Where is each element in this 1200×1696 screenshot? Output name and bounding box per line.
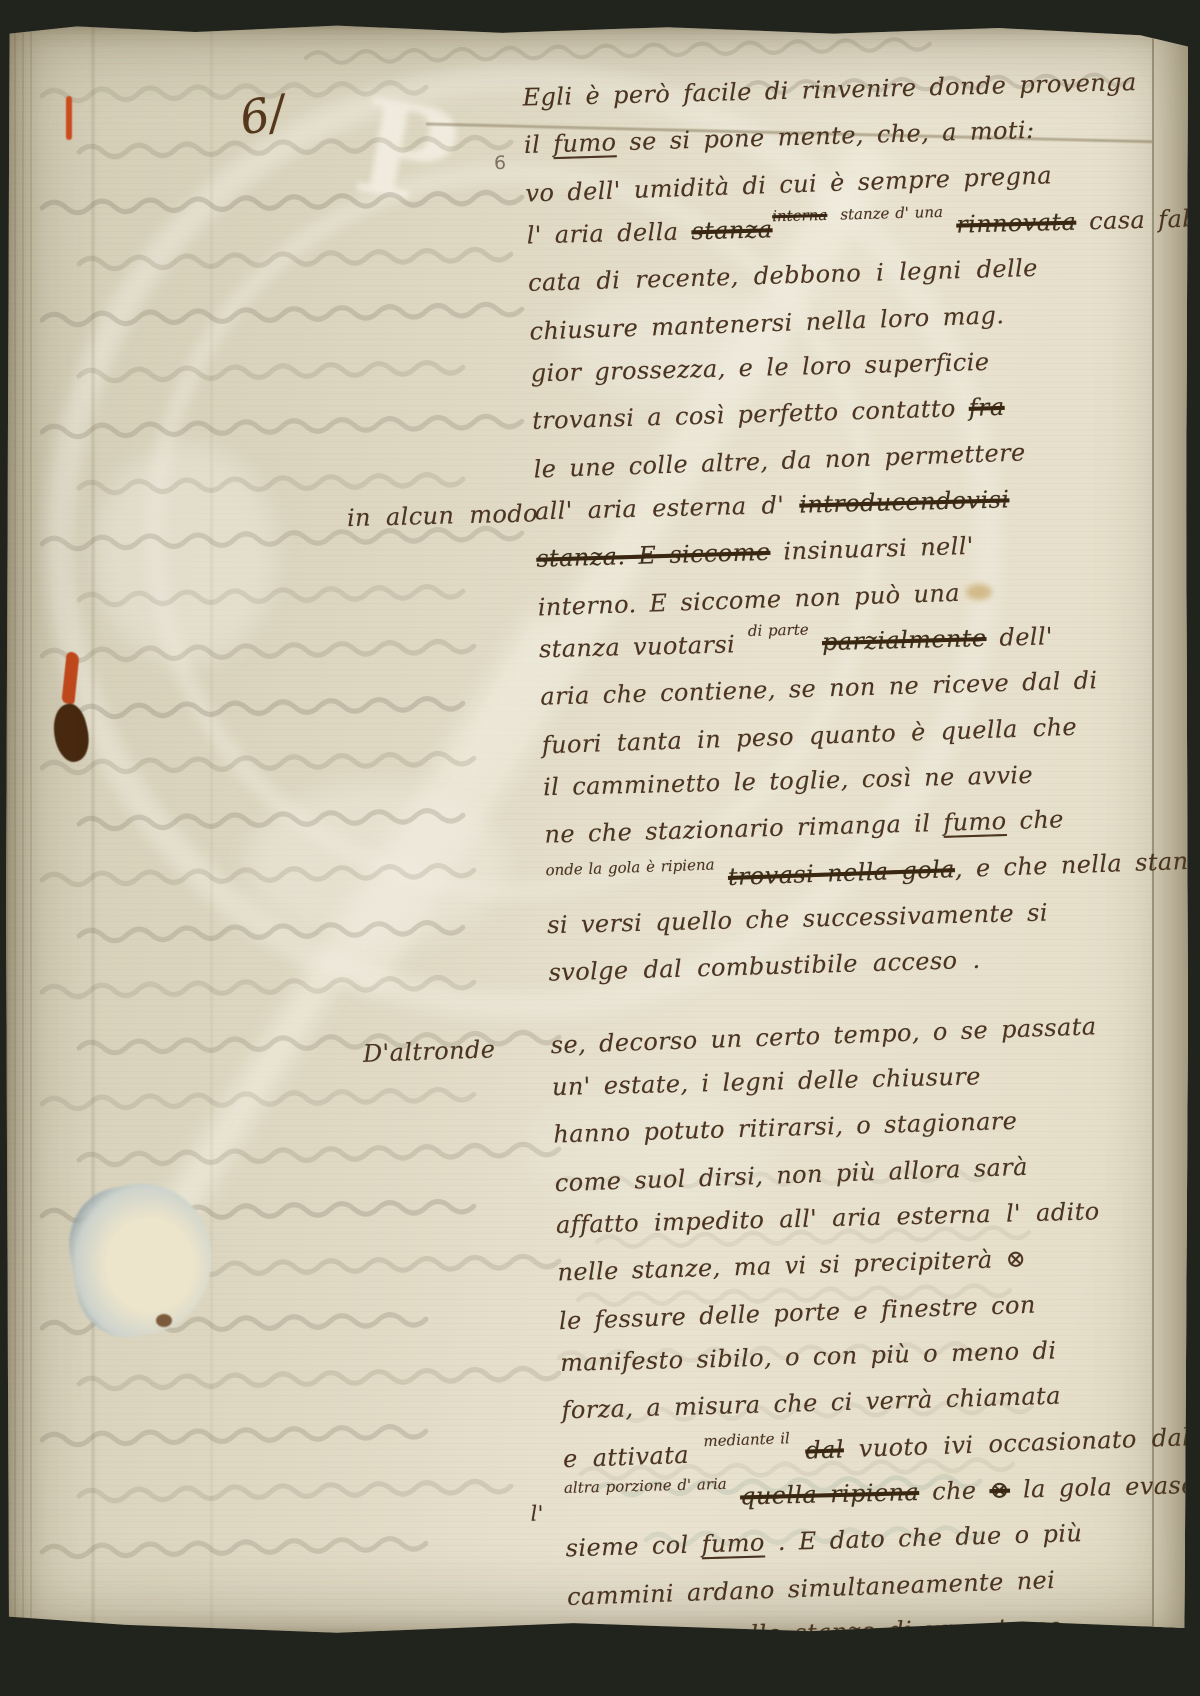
struck-text: quella ripiena: [740, 1478, 920, 1511]
struck-text: ⊗: [989, 1476, 1010, 1505]
handwritten-text: che: [1006, 805, 1064, 835]
scanned-manuscript-photo: { "page": { "folio_mark": "6/", "printed…: [0, 0, 1200, 1696]
handwritten-text: forza, a misura che ci verrà chiamata: [561, 1382, 1061, 1425]
handwritten-text: se si pone mente, che, a moti:: [616, 116, 1035, 156]
margin-annotation: in alcun modo: [346, 490, 538, 541]
interlinear-insertion: mediante il: [703, 1429, 790, 1450]
handwritten-text: vuoto ivi occasionato dal: [843, 1423, 1188, 1463]
handwritten-text: l' aria della: [526, 217, 691, 249]
handwritten-text: il: [524, 130, 554, 159]
handwritten-text: [727, 1482, 741, 1510]
handwritten-text: all' aria esterna d': [535, 491, 800, 526]
handwritten-text: e attivata: [563, 1440, 705, 1473]
struck-text: interna: [772, 206, 828, 225]
handwritten-text: [809, 628, 823, 656]
handwritten-text: manifesto sibilo, o con più o meno di: [560, 1336, 1057, 1377]
margin-annotation: l': [530, 1490, 544, 1536]
folio-mark: 6/: [236, 85, 289, 146]
struck-text: stanza: [691, 215, 773, 245]
handwritten-text: [790, 1437, 806, 1466]
handwritten-text: le une colle altre, da non permettere: [533, 438, 1026, 483]
handwritten-text: fumo: [701, 1528, 765, 1558]
handwritten-text: insinuarsi nell': [770, 532, 974, 566]
handwritten-text: svolge dal combustibile acceso .: [548, 946, 981, 987]
handwritten-text: Egli è però facile di rinvenire donde pr…: [522, 68, 1137, 112]
handwritten-text: interno. E siccome non può una: [537, 579, 960, 622]
handwritten-text: gior grossezza, e le loro superficie: [530, 348, 989, 388]
struck-text: stanza. E siccome: [536, 538, 771, 573]
handwritten-text: ⊗: [1005, 1245, 1026, 1274]
page-number: 6: [494, 152, 506, 174]
red-pigment-mark: [66, 96, 72, 140]
page-left-edge: [6, 24, 34, 1636]
handwritten-text: un' estate, i legni delle chiusure: [552, 1062, 981, 1101]
struck-text: trovasi nella gola: [727, 855, 955, 891]
handwritten-text: che: [919, 1476, 990, 1506]
handwritten-text: cammini ardano simultaneamente nei: [567, 1566, 1056, 1611]
handwritten-text: , e che nella stanza: [954, 846, 1188, 883]
interlinear-insertion: altra porzione d' aria: [564, 1475, 727, 1497]
struck-text: parzialmente: [822, 624, 987, 656]
handwritten-text: trovansi a così perfetto contatto: [532, 394, 969, 435]
handwritten-text: [943, 211, 957, 239]
handwritten-text: nelle stanze, ma vi si precipiterà: [557, 1245, 1006, 1286]
struck-text: rinnovata: [956, 208, 1077, 239]
handwritten-text: le fessure delle porte e finestre con: [558, 1291, 1036, 1336]
handwritten-text: ne che stazionario rimanga il: [544, 809, 944, 849]
interlinear-insertion: onde la gola è ripiena: [545, 855, 715, 879]
margin-annotation: D'altronde: [362, 1026, 496, 1077]
interlinear-insertion: di parte: [748, 620, 809, 640]
handwritten-text: come suol dirsi, non più allora sarà: [554, 1153, 1028, 1197]
handwritten-text: il camminetto le toglie, così ne avvie: [543, 761, 1034, 801]
handwritten-text: fumo: [553, 128, 617, 158]
handwritten-text: si versi quello che successivamente si: [547, 899, 1048, 940]
handwritten-text: affatto impedito all' aria esterna l' ad…: [556, 1197, 1100, 1239]
struck-text: introducendovisi: [799, 485, 1010, 518]
handwritten-text: aria che contiene, se non ne riceve dal …: [540, 666, 1098, 711]
text-column: Egli è però facile di rinvenire donde pr…: [522, 56, 1188, 1636]
handwritten-text: casa fabbri:: [1076, 203, 1188, 235]
handwritten-text: quartieri o nelle stanze di uno stesso: [568, 1612, 1063, 1636]
handwritten-text: . E dato che due o più: [764, 1519, 1082, 1556]
handwritten-text: cata di recente, debbono i legni delle: [528, 254, 1038, 297]
handwritten-text: chiusure mantenersi nella loro mag.: [529, 301, 1005, 346]
handwritten-text: fumo: [943, 807, 1007, 837]
struck-text: fra: [968, 393, 1005, 422]
ink-stain: [156, 1314, 172, 1327]
struck-text: dal: [805, 1435, 845, 1464]
handwritten-text: dell': [986, 622, 1053, 652]
handwritten-text: sieme col: [565, 1530, 702, 1562]
manuscript-page: P 6/ 6 Egli è però facile di rinvenire d…: [6, 24, 1188, 1636]
fold-crease: [92, 24, 94, 1636]
handwritten-text: hanno potuto ritirarsi, o stagionare: [553, 1107, 1018, 1149]
fold-crease: [211, 24, 212, 1636]
handwritten-text: [827, 214, 841, 242]
handwritten-text: stanza vuotarsi: [539, 630, 749, 663]
interlinear-insertion: stanze d' una: [840, 203, 943, 224]
handwritten-text: la gola evase in: [1010, 1470, 1188, 1504]
handwritten-text: [714, 863, 728, 891]
